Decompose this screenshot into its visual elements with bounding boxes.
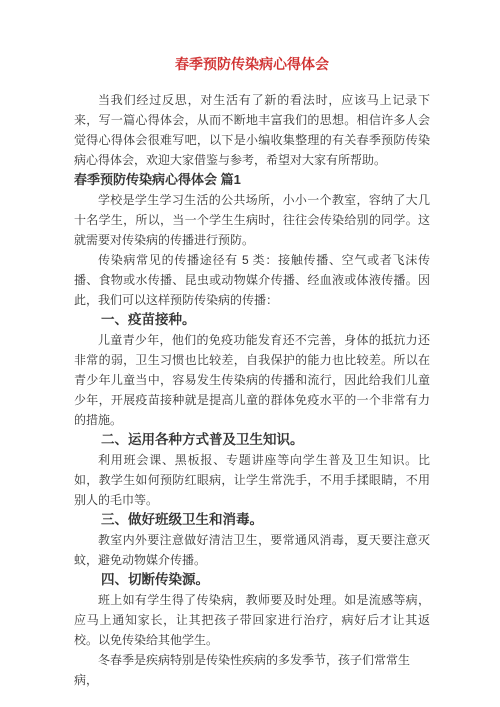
document-page: 春季预防传染病心得体会 当我们经过反思，对生活有了新的看法时，应该马上记录下来，… xyxy=(0,0,500,707)
intro-paragraph: 当我们经过反思，对生活有了新的看法时，应该马上记录下来，写一篇心得体会，从而不断… xyxy=(74,90,430,170)
subheading-classroom-hygiene: 三、做好班级卫生和消毒。 xyxy=(74,510,430,530)
essay-part-heading: 春季预防传染病心得体会 篇1 xyxy=(74,170,430,190)
paragraph-school-context: 学校是学生学习生活的公共场所，小小一个教室，容纳了大几十名学生，所以，当一个学生… xyxy=(74,190,430,250)
document-title: 春季预防传染病心得体会 xyxy=(74,54,430,74)
paragraph-winter-spring: 冬春季是疾病特别是传染性疾病的多发季节，孩子们常常生病， xyxy=(74,650,430,690)
subheading-cut-infection-source: 四、切断传染源。 xyxy=(74,570,430,590)
paragraph-classroom-hygiene: 教室内外要注意做好清洁卫生，要常通风消毒，夏天要注意灭蚊，避免动物媒介传播。 xyxy=(74,530,430,570)
paragraph-transmission-routes: 传染病常见的传播途径有 5 类：接触传播、空气或者飞沫传播、食物或水传播、昆虫或… xyxy=(74,250,430,310)
document-body: 春季预防传染病心得体会 当我们经过反思，对生活有了新的看法时，应该马上记录下来，… xyxy=(0,0,500,690)
subheading-health-education: 二、运用各种方式普及卫生知识。 xyxy=(74,430,430,450)
paragraph-vaccination: 儿童青少年，他们的免疫功能发育还不完善，身体的抵抗力还非常的弱，卫生习惯也比较差… xyxy=(74,330,430,430)
subheading-vaccination: 一、疫苗接种。 xyxy=(74,310,430,330)
paragraph-infection-handling: 班上如有学生得了传染病，教师要及时处理。如是流感等病，应马上通知家长，让其把孩子… xyxy=(74,590,430,650)
paragraph-health-education: 利用班会课、黑板报、专题讲座等向学生普及卫生知识。比如，教学生如何预防红眼病，让… xyxy=(74,450,430,510)
